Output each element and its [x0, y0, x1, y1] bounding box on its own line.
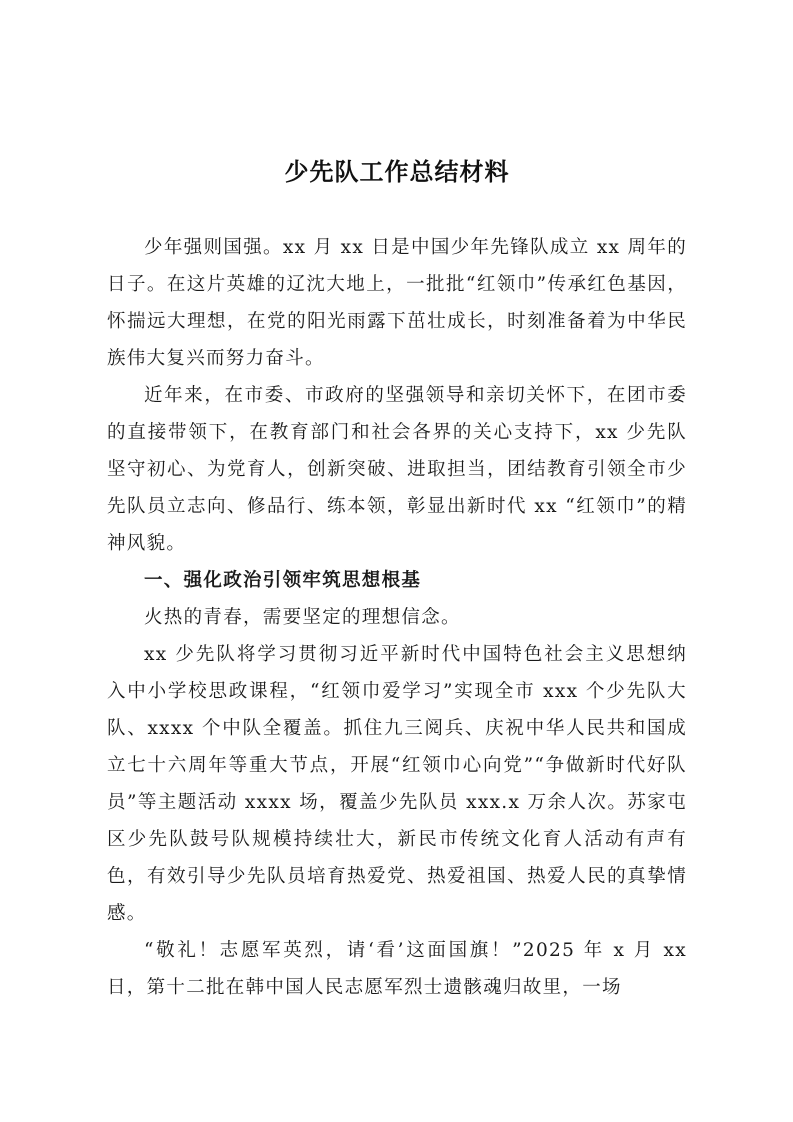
section-paragraph-2: xx 少先队将学习贯彻习近平新时代中国特色社会主义思想纳入中小学校思政课程，“红…	[107, 636, 687, 932]
document-body: 少年强则国强。xx 月 xx 日是中国少年先锋队成立 xx 周年的日子。在这片英…	[107, 229, 687, 1006]
section-heading-1: 一、强化政治引领牢筑思想根基	[107, 562, 687, 599]
section-paragraph-3: “敬礼！志愿军英烈，请‘看’这面国旗！”2025 年 x 月 xx 日，第十二批…	[107, 932, 687, 1006]
intro-paragraph-1: 少年强则国强。xx 月 xx 日是中国少年先锋队成立 xx 周年的日子。在这片英…	[107, 229, 687, 377]
document-title: 少先队工作总结材料	[107, 156, 687, 188]
intro-paragraph-2: 近年来，在市委、市政府的坚强领导和亲切关怀下，在团市委的直接带领下，在教育部门和…	[107, 377, 687, 562]
section-paragraph-1: 火热的青春，需要坚定的理想信念。	[107, 599, 687, 636]
